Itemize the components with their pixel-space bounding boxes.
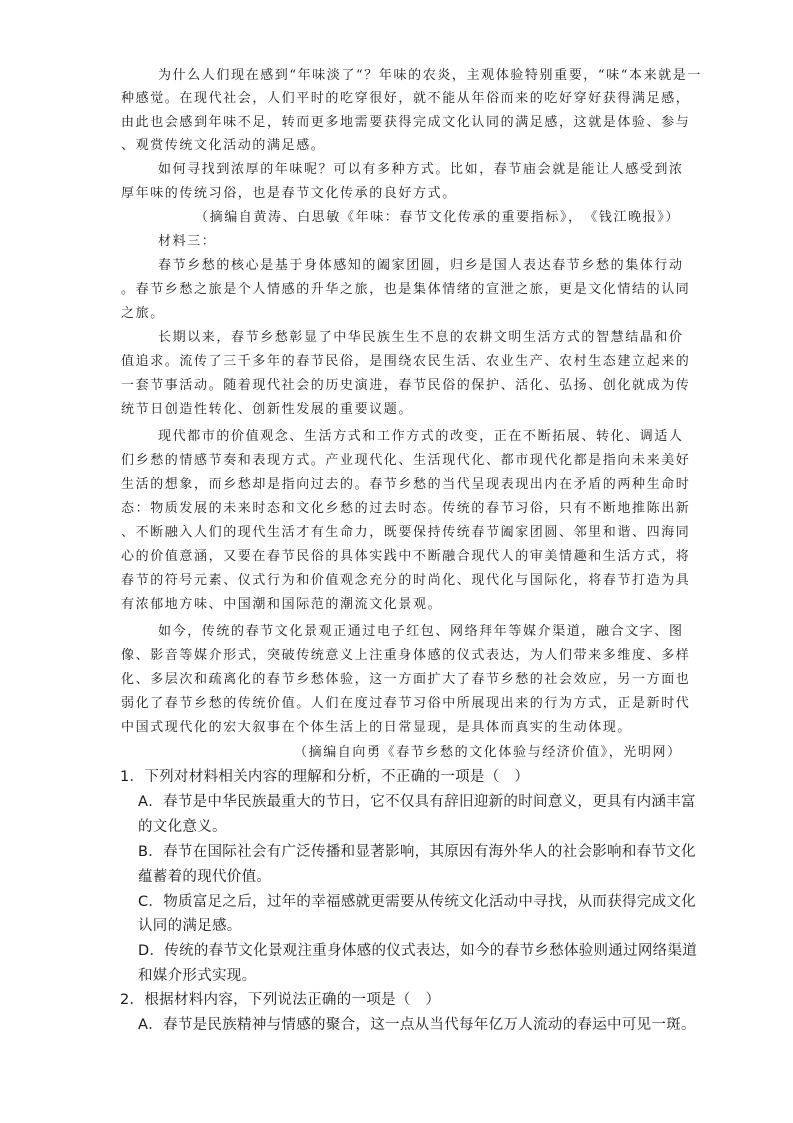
paragraph-line: 如何寻找到浓厚的年味呢？可以有多种方式。比如，春节庙会就是能让人感受到浓 — [158, 160, 684, 180]
paragraph-line: 态：物质发展的未来时态和文化乡愁的过去时态。传统的春节习俗，只有不断地推陈出新 — [121, 499, 690, 519]
paragraph-line: 春节乡愁的核心是基于身体感知的阖家团圆，归乡是国人表达春节乡愁的集体行动 — [158, 256, 684, 276]
paragraph-line: 化、多层次和疏离化的春节乡愁体验，这一方面扩大了春节乡愁的社会效应，另一方面也 — [121, 670, 690, 690]
option-label: A． — [138, 1017, 163, 1033]
paragraph-line: 心的价值意涵，又要在春节民俗的具体实践中不断融合现代人的审美情趣和生活方式，将 — [121, 547, 690, 567]
paragraph-line: 。春节乡愁之旅是个人情感的升华之旅，也是集体情绪的宣泄之旅，更是文化情结的认同 — [121, 280, 690, 300]
question-number: 2． — [120, 992, 144, 1008]
question-1-option-b[interactable]: B．春节在国际社会有广泛传播和显著影响，其原因有海外华人的社会影响和春节文化 — [138, 841, 696, 863]
question-number: 1． — [120, 769, 144, 785]
paragraph-line: 长期以来，春节乡愁彰显了中华民族生生不息的农耕文明生活方式的智慧结晶和价 — [158, 328, 684, 348]
option-text: 传统的春节文化景观注重身体感的仪式表达，如今的春节乡愁体验则通过网络渠道 — [164, 943, 697, 959]
paragraph-line: 、观赏传统文化活动的满足感。 — [121, 136, 325, 156]
paragraph-line: 厚年味的传统习俗，也是春节文化传承的良好方式。 — [121, 184, 457, 204]
question-2-option-a[interactable]: A．春节是民族精神与情感的聚合，这一点从当代每年亿万人流动的春运中可见一斑。 — [138, 1014, 696, 1036]
option-text: 春节是民族精神与情感的聚合，这一点从当代每年亿万人流动的春运中可见一斑。 — [163, 1017, 696, 1033]
question-1-option-d-cont: 和媒介形式实现。 — [138, 965, 256, 987]
citation-line: （摘编自黄涛、白思敏《年味：春节文化传承的重要指标》， 《钱江晚报》） — [195, 208, 680, 228]
section-heading: 材料三： — [158, 232, 216, 252]
question-text: 根据材料内容，下列说法正确的一项是（ ） — [144, 992, 440, 1008]
option-label: A． — [138, 794, 163, 810]
option-label: C． — [138, 894, 163, 910]
paragraph-line: 种感觉。在现代社会，人们平时的吃穿很好，就不能从年俗而来的吃好穿好获得满足感， — [121, 89, 690, 109]
question-text: 下列对材料相关内容的理解和分析，不正确的一项是（ ） — [144, 769, 529, 785]
paragraph-line: 由此也会感到年味不足，转而更多地需要获得完成文化认同的满足感，这就是体验、参与 — [121, 113, 690, 133]
citation-line: （摘编自向勇《春节乡愁的文化体验与经济价值》，光明网） — [294, 743, 682, 763]
question-1-option-c[interactable]: C．物质富足之后，过年的幸福感就更需要从传统文化活动中寻找，从而获得完成文化 — [138, 891, 696, 913]
question-1-option-d[interactable]: D．传统的春节文化景观注重身体感的仪式表达，如今的春节乡愁体验则通过网络渠道 — [138, 940, 697, 962]
paragraph-line: 中国式现代化的宏大叙事在个体生活上的日常显现，是具体而真实的生动体现。 — [121, 718, 632, 738]
paragraph-line: 有浓郁地方味、中国潮和国际范的潮流文化景观。 — [121, 595, 442, 615]
paragraph-line: 生活的想象，而乡愁却是指向过去的。春节乡愁的当代呈现表现出内在矛盾的两种生命时 — [121, 475, 690, 495]
question-1-option-b-cont: 蕴蓄着的现代价值。 — [138, 866, 271, 888]
option-text: 春节是中华民族最重大的节日，它不仅具有辞旧迎新的时间意义，更具有内涵丰富 — [163, 794, 696, 810]
question-1-stem: 1．下列对材料相关内容的理解和分析，不正确的一项是（ ） — [120, 766, 529, 788]
paragraph-line: 统节日创造性转化、创新性发展的重要议题。 — [121, 400, 413, 420]
question-2-stem: 2．根据材料内容，下列说法正确的一项是（ ） — [120, 989, 440, 1011]
question-1-option-c-cont: 认同的满足感。 — [138, 915, 242, 937]
paragraph-line: 现代都市的价值观念、生活方式和工作方式的改变，正在不断拓展、转化、调适人 — [158, 427, 684, 447]
paragraph-line: 如今，传统的春节文化景观正通过电子红包、网络拜年等媒介渠道，融合文字、图 — [158, 622, 684, 642]
option-text: 物质富足之后，过年的幸福感就更需要从传统文化活动中寻找，从而获得完成文化 — [163, 894, 696, 910]
option-label: D． — [138, 943, 164, 959]
question-1-option-a-cont: 的文化意义。 — [138, 816, 227, 838]
paragraph-line: 之旅。 — [121, 304, 165, 324]
paragraph-line: 、不断融入人们的现代生活才有生命力，既要保持传统春节阖家团圆、邻里和谐、四海同 — [121, 523, 690, 543]
document-page: 为什么人们现在感到“年味淡了“？年味的农炎，主观体验特别重要，“味“本来就是一 … — [0, 0, 793, 1123]
paragraph-line: 像、影音等媒介形式，突破传统意义上注重身体感的仪式表达，为人们带来多维度、多样 — [121, 646, 690, 666]
paragraph-line: 值追求。流传了三千多年的春节民俗，是围绕农民生活、农业生产、农村生态建立起来的 — [121, 352, 690, 372]
paragraph-line: 一套节事活动。随着现代社会的历史演进，春节民俗的保护、活化、弘扬、创化就成为传 — [121, 376, 690, 396]
paragraph-line: 春节的符号元素、仪式行为和价值观念充分的时尚化、现代化与国际化，将春节打造为具 — [121, 571, 690, 591]
paragraph-line: 为什么人们现在感到“年味淡了“？年味的农炎，主观体验特别重要，“味“本来就是一 — [158, 66, 702, 86]
paragraph-line: 弱化了春节乡愁的传统价值。人们在度过春节习俗中所展现出来的行为方式，正是新时代 — [121, 694, 690, 714]
option-text: 春节在国际社会有广泛传播和显著影响，其原因有海外华人的社会影响和春节文化 — [163, 844, 696, 860]
option-label: B． — [138, 844, 163, 860]
paragraph-line: 们乡愁的情感节奏和表现方式。产业现代化、生活现代化、都市现代化都是指向未来美好 — [121, 451, 690, 471]
question-1-option-a[interactable]: A．春节是中华民族最重大的节日，它不仅具有辞旧迎新的时间意义，更具有内涵丰富 — [138, 791, 696, 813]
